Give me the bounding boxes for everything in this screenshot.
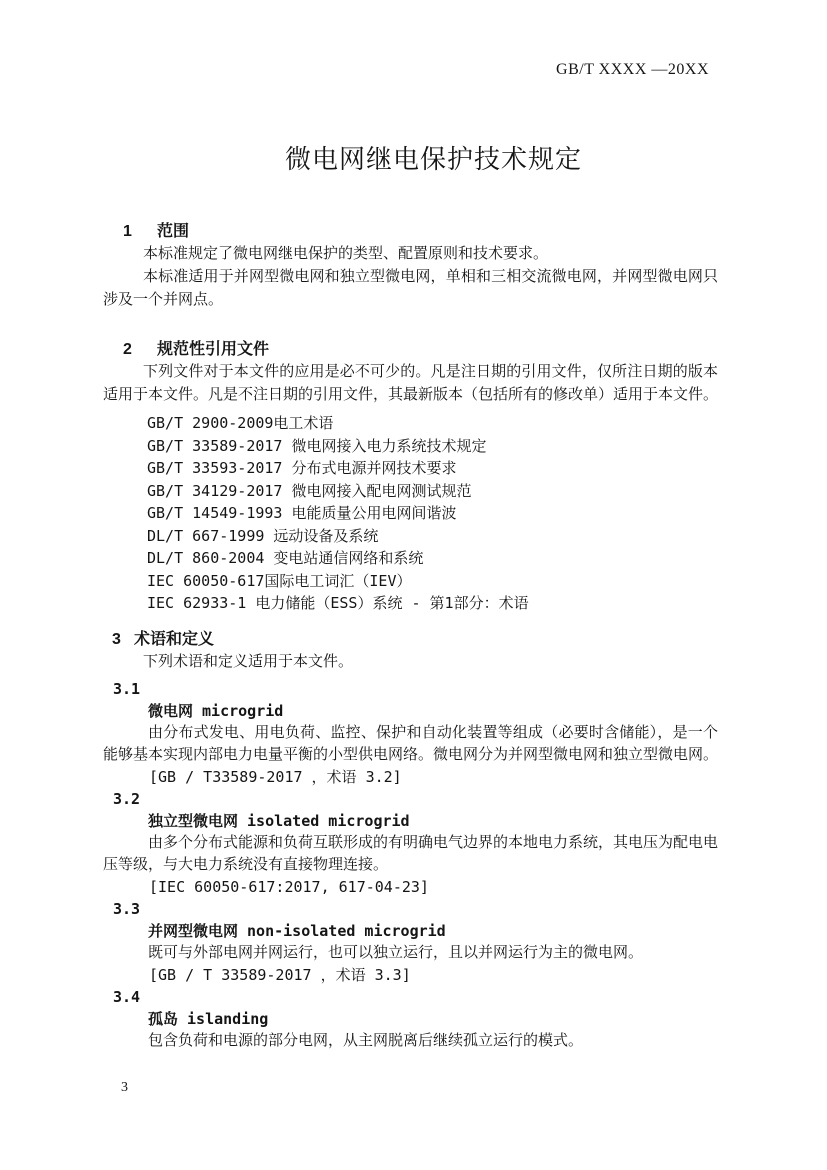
term-name: 微电网 microgrid [148, 700, 718, 722]
term-entry: 3.1 微电网 microgrid 由分布式发电、用电负荷、监控、保护和自动化装… [103, 678, 718, 788]
document-content: 微电网继电保护技术规定 1范围 本标准规定了微电网继电保护的类型、配置原则和技术… [0, 0, 827, 1052]
reference-item: GB/T 34129-2017 微电网接入配电网测试规范 [147, 480, 718, 503]
clause-scope-heading: 1范围 [103, 220, 718, 243]
term-name: 独立型微电网 isolated microgrid [148, 810, 718, 832]
reference-item: GB/T 14549-1993 电能质量公用电网间谐波 [147, 502, 718, 525]
document-page: GB/T XXXX —20XX 微电网继电保护技术规定 1范围 本标准规定了微电… [0, 0, 827, 1170]
terms-intro: 下列术语和定义适用于本文件。 [103, 651, 718, 674]
terms-list: 3.1 微电网 microgrid 由分布式发电、用电负荷、监控、保护和自动化装… [103, 678, 718, 1052]
doc-code-header: GB/T XXXX —20XX [556, 61, 709, 79]
term-source: [GB / T33589-2017 ，术语 3.2] [149, 766, 718, 788]
reference-item: DL/T 860-2004 变电站通信网络和系统 [147, 547, 718, 570]
term-name: 并网型微电网 non-isolated microgrid [148, 920, 718, 942]
reference-item: IEC 62933-1 电力储能（ESS）系统 - 第1部分：术语 [147, 592, 718, 615]
reference-item: GB/T 33589-2017 微电网接入电力系统技术规定 [147, 435, 718, 458]
clause-terms-title: 术语和定义 [134, 631, 214, 648]
reference-item: GB/T 33593-2017 分布式电源并网技术要求 [147, 457, 718, 480]
reference-item: GB/T 2900-2009电工术语 [147, 412, 718, 435]
document-title: 微电网继电保护技术规定 [103, 142, 718, 178]
term-number: 3.2 [113, 788, 718, 810]
clause-terms-heading: 3术语和定义 [103, 628, 718, 651]
term-source: [IEC 60050-617:2017, 617-04-23] [149, 876, 718, 898]
clause-scope-number: 1 [123, 220, 157, 243]
term-source: [GB / T 33589-2017 ，术语 3.3] [149, 964, 718, 986]
term-definition: 既可与外部电网并网运行，也可以独立运行，且以并网运行为主的微电网。 [103, 942, 718, 964]
clause-scope-title: 范围 [157, 223, 189, 240]
clause-references-number: 2 [123, 338, 157, 361]
references-list: GB/T 2900-2009电工术语 GB/T 33589-2017 微电网接入… [103, 412, 718, 615]
term-number: 3.1 [113, 678, 718, 700]
term-definition: 由多个分布式能源和负荷互联形成的有明确电气边界的本地电力系统，其电压为配电电压等… [103, 832, 718, 876]
term-name: 孤岛 islanding [148, 1008, 718, 1030]
scope-paragraph: 本标准适用于并网型微电网和独立型微电网，单相和三相交流微电网，并网型微电网只涉及… [103, 266, 718, 312]
term-number: 3.3 [113, 898, 718, 920]
clause-references-heading: 2规范性引用文件 [103, 338, 718, 361]
term-entry: 3.2 独立型微电网 isolated microgrid 由多个分布式能源和负… [103, 788, 718, 898]
term-entry: 3.4 孤岛 islanding 包含负荷和电源的部分电网，从主网脱离后继续孤立… [103, 986, 718, 1052]
scope-paragraph: 本标准规定了微电网继电保护的类型、配置原则和技术要求。 [103, 243, 718, 266]
term-entry: 3.3 并网型微电网 non-isolated microgrid 既可与外部电… [103, 898, 718, 986]
term-definition: 包含负荷和电源的部分电网，从主网脱离后继续孤立运行的模式。 [103, 1030, 718, 1052]
references-intro: 下列文件对于本文件的应用是必不可少的。凡是注日期的引用文件，仅所注日期的版本适用… [103, 361, 718, 407]
clause-references-title: 规范性引用文件 [157, 341, 269, 358]
reference-item: DL/T 667-1999 远动设备及系统 [147, 525, 718, 548]
reference-item: IEC 60050-617国际电工词汇（IEV） [147, 570, 718, 593]
clause-terms-number: 3 [112, 628, 134, 651]
term-definition: 由分布式发电、用电负荷、监控、保护和自动化装置等组成（必要时含储能），是一个能够… [103, 722, 718, 766]
term-number: 3.4 [113, 986, 718, 1008]
page-number: 3 [121, 1080, 128, 1096]
